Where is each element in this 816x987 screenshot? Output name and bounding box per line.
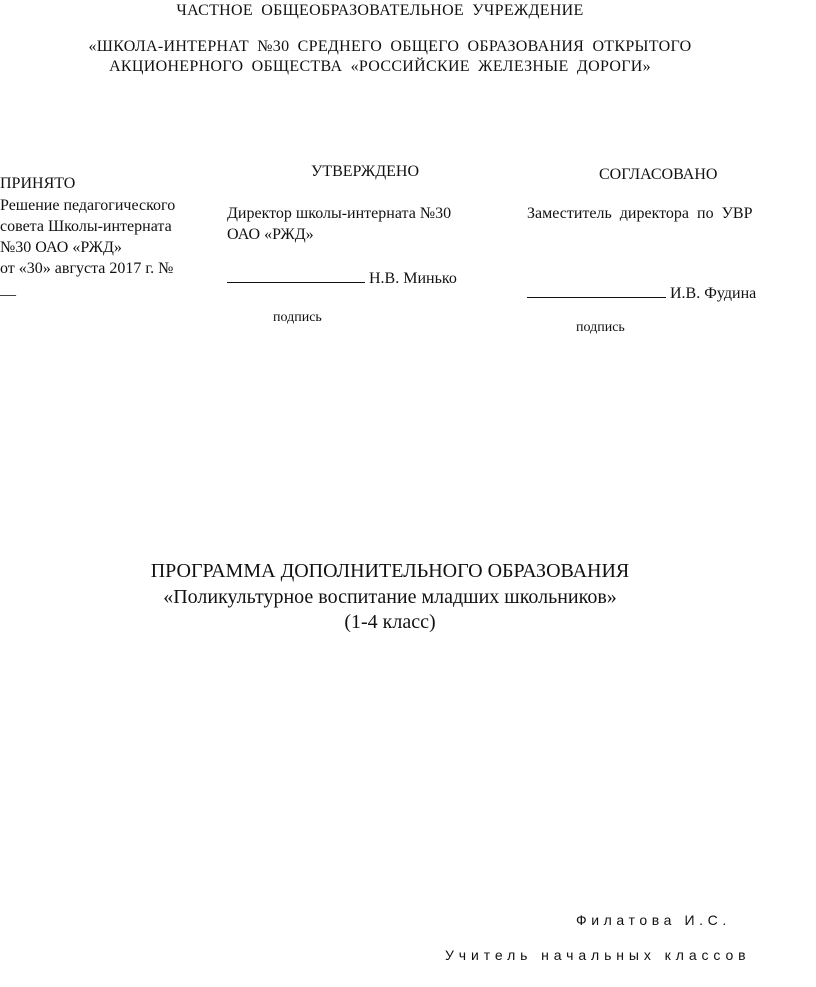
accepted-line: от «30» августа 2017 г. №: [0, 258, 210, 279]
agreed-signature-caption: подпись: [576, 320, 625, 336]
author-name: Филатова И.С.: [576, 912, 731, 928]
approved-role-line: ОАО «РЖД»: [227, 224, 451, 245]
signature-line: [527, 283, 666, 298]
program-grades: (1-4 класс): [0, 611, 780, 634]
accepted-line: __: [0, 279, 210, 300]
agreed-signer: И.В. Фудина: [670, 285, 756, 302]
approved-signature-caption: подпись: [273, 310, 322, 326]
accepted-title: ПРИНЯТО: [0, 175, 75, 193]
accepted-line: совета Школы-интерната: [0, 216, 210, 237]
agreed-title: СОГЛАСОВАНО: [599, 166, 717, 184]
institution-name-line1: «ШКОЛА-ИНТЕРНАТ №30 СРЕДНЕГО ОБЩЕГО ОБРА…: [0, 38, 780, 56]
approved-signature-row: Н.В. Минько: [227, 268, 457, 288]
institution-name-line2: АКЦИОНЕРНОГО ОБЩЕСТВА «РОССИЙСКИЕ ЖЕЛЕЗН…: [0, 58, 760, 76]
accepted-line: №30 ОАО «РЖД»: [0, 237, 210, 258]
approved-title: УТВЕРЖДЕНО: [311, 163, 419, 181]
approved-role-line: Директор школы-интерната №30: [227, 203, 451, 224]
signature-line: [227, 268, 365, 283]
accepted-body: Решение педагогического совета Школы-инт…: [0, 195, 210, 300]
agreed-signature-row: И.В. Фудина: [527, 283, 756, 303]
program-title: ПРОГРАММА ДОПОЛНИТЕЛЬНОГО ОБРАЗОВАНИЯ: [0, 560, 780, 583]
approved-signer: Н.В. Минько: [369, 270, 457, 287]
agreed-role: Заместитель директора по УВР: [527, 205, 752, 223]
approved-role: Директор школы-интерната №30 ОАО «РЖД»: [227, 203, 451, 245]
author-role: Учитель начальных классов: [445, 947, 751, 963]
institution-type: ЧАСТНОЕ ОБЩЕОБРАЗОВАТЕЛЬНОЕ УЧРЕЖДЕНИЕ: [0, 2, 760, 20]
program-subtitle: «Поликультурное воспитание младших школь…: [0, 586, 780, 609]
accepted-line: Решение педагогического: [0, 195, 210, 216]
